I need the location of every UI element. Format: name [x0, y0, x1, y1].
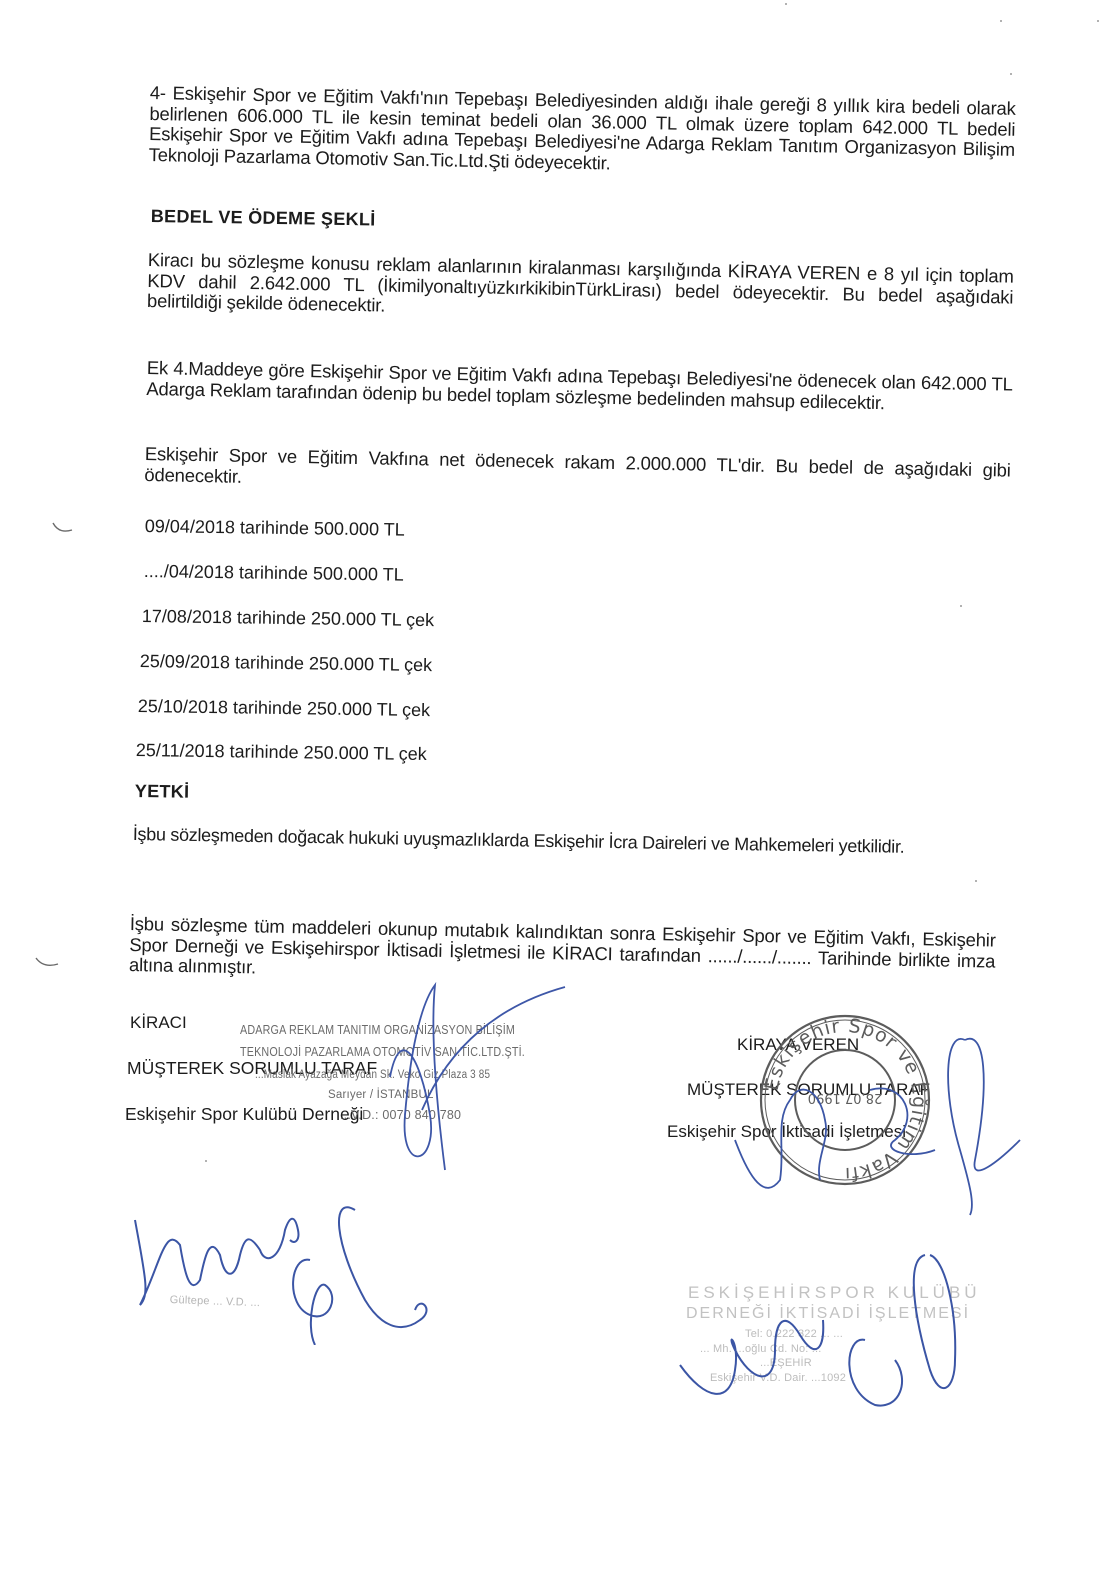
signature-label-joint-liable-right: MÜŞTEREK SORUMLU TARAF	[687, 1080, 930, 1100]
installment-item: 25/09/2018 tarihinde 250.000 TL çek	[140, 651, 432, 676]
signature-ink-left-bottom	[120, 1185, 440, 1345]
stamp-line: ...EŞEHİR	[760, 1357, 812, 1369]
signature-ink-right-bottom	[675, 1240, 975, 1410]
installment-item: 17/08/2018 tarihinde 250.000 TL çek	[142, 606, 434, 631]
installment-item: 25/10/2018 tarihinde 250.000 TL çek	[138, 696, 430, 721]
section-heading-payment: BEDEL VE ÖDEME ŞEKLİ	[151, 206, 376, 231]
stamp-line: Eskişehir V.D. Dair. ...1092	[710, 1372, 846, 1384]
payment-paragraph-3: Eskişehir Spor ve Eğitim Vakfına net öde…	[144, 444, 1011, 502]
stamp-line: ESKİŞEHİRSPOR KULÜBÜ	[688, 1283, 981, 1303]
payment-paragraph-2: Ek 4.Maddeye göre Eskişehir Spor ve Eğit…	[146, 358, 1013, 416]
margin-mark	[50, 520, 80, 540]
jurisdiction-paragraph: İşbu sözleşmeden doğacak hukuki uyuşmazl…	[133, 824, 905, 858]
faint-stamp-left: Gültepe ... V.D. ...	[170, 1294, 261, 1309]
stamp-line: ...V.D.: 0070 840 780	[340, 1108, 461, 1122]
payment-paragraph-1: Kiracı bu sözleşme konusu reklam alanlar…	[147, 250, 1014, 328]
scan-speck	[1000, 20, 1002, 22]
scan-speck	[1010, 73, 1012, 75]
stamp-line: ...Maslak Ayazağa Meydan Sk. Veko Giz Pl…	[255, 1069, 490, 1081]
signature-label-lessor: KİRAYA VEREN	[737, 1035, 859, 1055]
stamp-line: DERNEĞİ İKTİSADİ İŞLETMESİ	[686, 1305, 970, 1323]
signature-party-right: Eskişehir Spor İktisadi İşletmesi	[667, 1122, 906, 1142]
installment-item: 25/11/2018 tarihinde 250.000 TL çek	[136, 740, 427, 765]
scan-speck	[785, 3, 787, 5]
stamp-line: ADARGA REKLAM TANITIM ORGANİZASYON BİLİŞ…	[240, 1023, 515, 1037]
scan-speck	[1097, 20, 1099, 22]
scan-speck	[960, 605, 962, 607]
section-heading-jurisdiction: YETKİ	[135, 781, 190, 803]
installment-item: ..../04/2018 tarihinde 500.000 TL	[144, 561, 404, 586]
signature-label-kiraci: KİRACI	[130, 1013, 187, 1033]
scan-speck	[205, 1160, 207, 1162]
document-page: 4- Eskişehir Spor ve Eğitim Vakfı'nın Te…	[0, 0, 1120, 1591]
closing-paragraph: İşbu sözleşme tüm maddeleri okunup mutab…	[129, 914, 996, 992]
installment-item: 09/04/2018 tarihinde 500.000 TL	[145, 516, 405, 541]
margin-mark	[33, 955, 63, 975]
scan-speck	[975, 880, 977, 882]
stamp-line: Sarıyer / İSTANBUL	[328, 1089, 434, 1101]
stamp-line: Tel: 0.222 322 ... ...	[745, 1328, 843, 1340]
stamp-line: TEKNOLOJİ PAZARLAMA OTOMOTİV SAN.TİC.LTD…	[240, 1045, 525, 1059]
stamp-line: ... Mh. ...oğlu Cd. No: ...	[700, 1343, 822, 1355]
paragraph-4: 4- Eskişehir Spor ve Eğitim Vakfı'nın Te…	[148, 83, 1015, 181]
signature-party-left: Eskişehir Spor Kulübü Derneği	[125, 1104, 363, 1125]
